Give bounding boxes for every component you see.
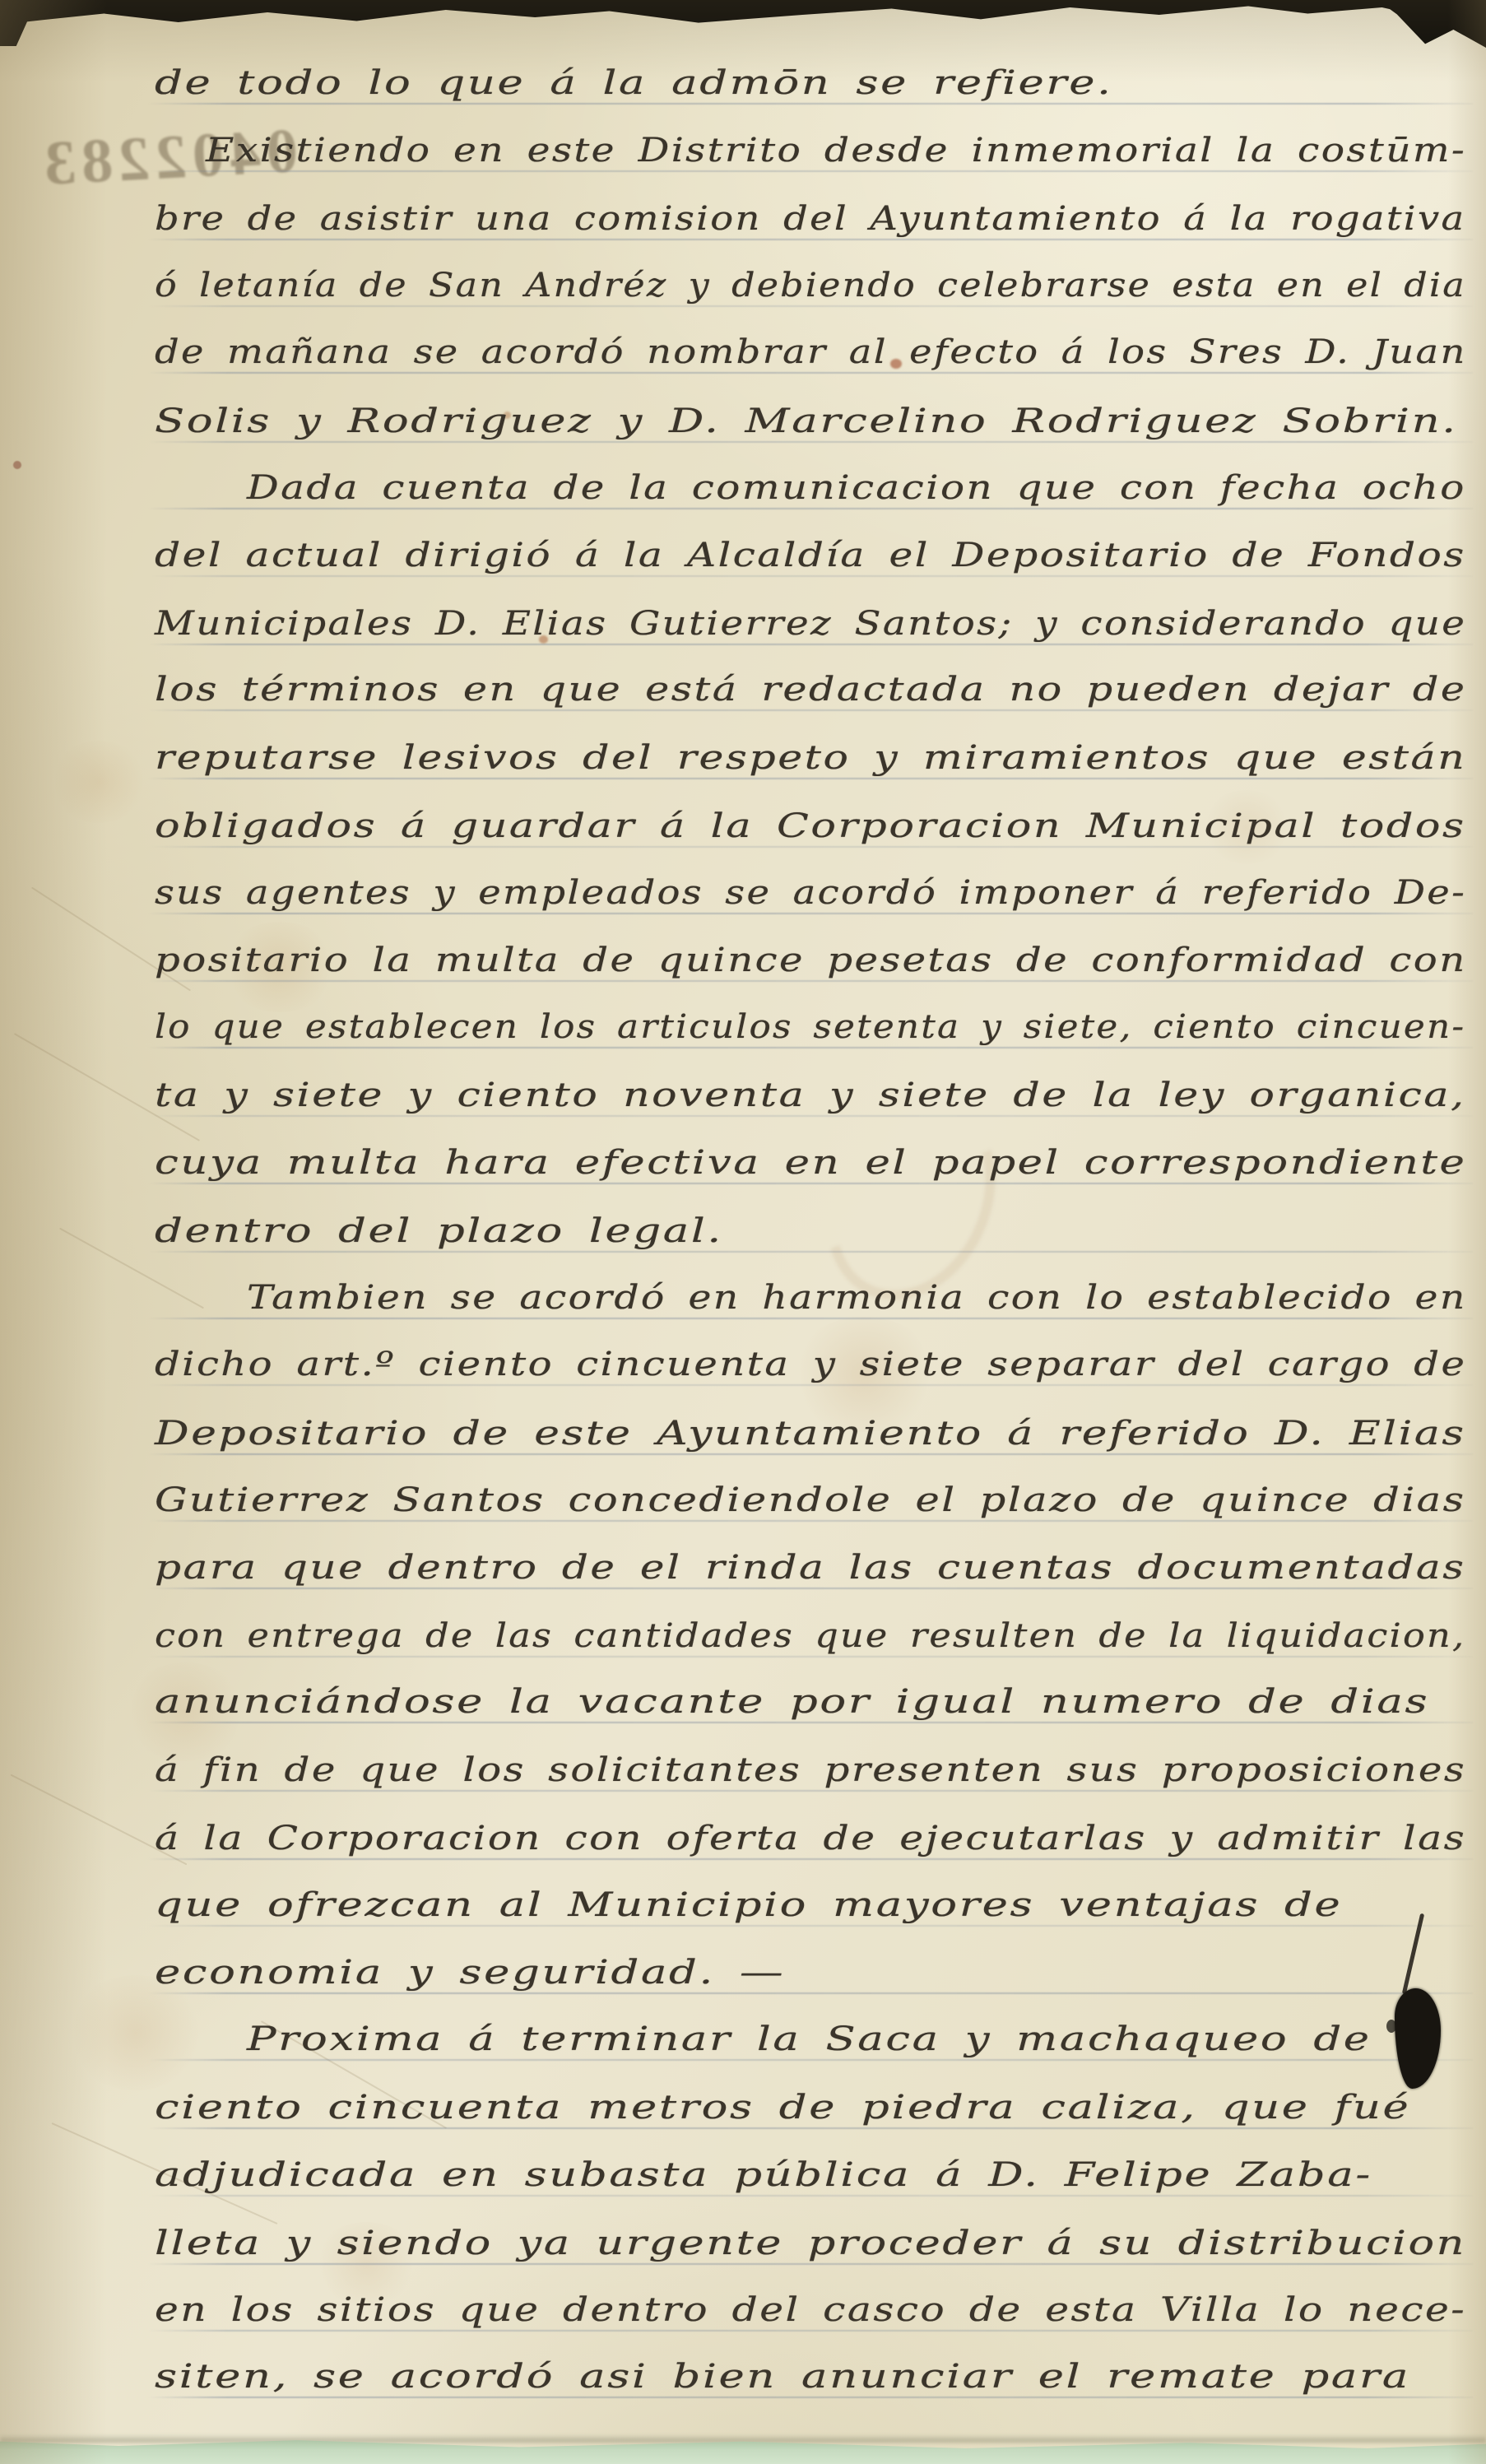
text-line: Solis y Rodriguez y D. Marcelino Rodrigu… xyxy=(155,379,1474,447)
text-line-content: Dada cuenta de la comunicacion que con f… xyxy=(247,469,1466,514)
text-line-content: de mañana se acordó nombrar al efecto á … xyxy=(155,333,1467,378)
text-line-content: cuya multa hara efectiva en el papel cor… xyxy=(155,1144,1467,1188)
text-line-content: ciento cincuenta metros de piedra caliza… xyxy=(155,2089,1410,2133)
text-line: sus agentes y empleados se acordó impone… xyxy=(155,851,1474,918)
text-line-content: lo que establecen los articulos setenta … xyxy=(155,1008,1465,1053)
text-line: Dada cuenta de la comunicacion que con f… xyxy=(155,446,1474,514)
text-line-content: adjudicada en subasta pública á D. Felip… xyxy=(155,2156,1372,2201)
text-line-content: siten, se acordó asi bien anunciar el re… xyxy=(155,2358,1410,2402)
text-line: obligados á guardar á la Corporacion Mun… xyxy=(155,784,1474,852)
manuscript-page: 0402283 de todo lo que á la admōn se ref… xyxy=(0,0,1486,2464)
text-line: de mañana se acordó nombrar al efecto á … xyxy=(155,310,1474,378)
text-line: Gutierrez Santos concediendole el plazo … xyxy=(155,1458,1474,1526)
text-line: Depositario de este Ayuntamiento á refer… xyxy=(155,1392,1474,1459)
text-line-content: Tambien se acordó en harmonia con lo est… xyxy=(247,1279,1467,1323)
text-line: dentro del plazo legal. xyxy=(155,1189,1474,1257)
text-line-content: sus agentes y empleados se acordó impone… xyxy=(155,874,1466,918)
text-line: ta y siete y ciento noventa y siete de l… xyxy=(155,1053,1474,1121)
text-line-content: Depositario de este Ayuntamiento á refer… xyxy=(155,1415,1466,1459)
text-line-content: Solis y Rodriguez y D. Marcelino Rodrigu… xyxy=(155,402,1458,447)
text-line: adjudicada en subasta pública á D. Felip… xyxy=(155,2133,1474,2201)
paper-vignette xyxy=(0,0,1486,82)
text-line: con entrega de las cantidades que result… xyxy=(155,1594,1474,1662)
text-line: cuya multa hara efectiva en el papel cor… xyxy=(155,1121,1474,1188)
text-line-content: dicho art.º ciento cincuenta y siete sep… xyxy=(155,1346,1466,1390)
text-line-content: Municipales D. Elias Gutierrez Santos; y… xyxy=(155,605,1466,649)
text-line-content: positario la multa de quince pesetas de … xyxy=(155,941,1467,986)
text-line: á la Corporacion con oferta de ejecutarl… xyxy=(155,1797,1474,1864)
text-line-content: economia y seguridad. — xyxy=(155,1954,785,1998)
text-line: dicho art.º ciento cincuenta y siete sep… xyxy=(155,1323,1474,1390)
text-line-content: ta y siete y ciento noventa y siete de l… xyxy=(155,1076,1466,1121)
text-line: anunciándose la vacante por igual numero… xyxy=(155,1660,1474,1727)
text-line-content: con entrega de las cantidades que result… xyxy=(155,1617,1465,1662)
text-line-content: para que dentro de el rinda las cuentas … xyxy=(155,1549,1465,1593)
paper-vignette xyxy=(1448,0,1486,2464)
text-line: del actual dirigió á la Alcaldía el Depo… xyxy=(155,514,1474,581)
text-line: los términos en que está redactada no pu… xyxy=(155,648,1474,715)
text-line: Municipales D. Elias Gutierrez Santos; y… xyxy=(155,582,1474,649)
text-line: lo que establecen los articulos setenta … xyxy=(155,985,1474,1053)
text-line-content: anunciándose la vacante por igual numero… xyxy=(155,1683,1429,1727)
text-line-content: reputarse lesivos del respeto y miramien… xyxy=(155,739,1466,783)
text-layer: de todo lo que á la admōn se refiere. Ex… xyxy=(155,41,1474,2403)
text-line: Proxima á terminar la Saca y machaqueo d… xyxy=(155,1997,1474,2065)
paper-vignette xyxy=(0,0,107,2464)
text-line-content: Existiendo en este Distrito desde inmemo… xyxy=(206,132,1466,176)
text-line: siten, se acordó asi bien anunciar el re… xyxy=(155,2335,1474,2402)
text-line-content: á fin de que los solicitantes presenten … xyxy=(155,1751,1466,1796)
text-line: ó letanía de San Andréz y debiendo celeb… xyxy=(155,244,1474,311)
text-line: para que dentro de el rinda las cuentas … xyxy=(155,1526,1474,1593)
text-line-content: en los sitios que dentro del casco de es… xyxy=(155,2291,1466,2336)
text-line: en los sitios que dentro del casco de es… xyxy=(155,2268,1474,2336)
text-line-content: Proxima á terminar la Saca y machaqueo d… xyxy=(247,2020,1372,2065)
text-line: Existiendo en este Distrito desde inmemo… xyxy=(155,109,1474,176)
text-line-content: bre de asistir una comision del Ayuntami… xyxy=(155,200,1465,244)
text-line: bre de asistir una comision del Ayuntami… xyxy=(155,177,1474,244)
text-line: Tambien se acordó en harmonia con lo est… xyxy=(155,1256,1474,1323)
text-line-content: los términos en que está redactada no pu… xyxy=(155,671,1466,715)
text-line-content: ó letanía de San Andréz y debiendo celeb… xyxy=(155,267,1466,311)
text-line: lleta y siendo ya urgente proceder á su … xyxy=(155,2201,1474,2269)
text-line-content: del actual dirigió á la Alcaldía el Depo… xyxy=(155,537,1466,581)
text-line: á fin de que los solicitantes presenten … xyxy=(155,1728,1474,1796)
text-line-content: Gutierrez Santos concediendole el plazo … xyxy=(155,1481,1465,1526)
page-bottom-shadow xyxy=(0,2434,1486,2443)
text-line-content: lleta y siendo ya urgente proceder á su … xyxy=(155,2225,1466,2269)
text-line-content: á la Corporacion con oferta de ejecutarl… xyxy=(155,1820,1466,1864)
text-line: positario la multa de quince pesetas de … xyxy=(155,918,1474,986)
text-line: economia y seguridad. — xyxy=(155,1931,1474,1998)
text-line-content: obligados á guardar á la Corporacion Mun… xyxy=(155,807,1466,852)
text-line: ciento cincuenta metros de piedra caliza… xyxy=(155,2066,1474,2133)
text-line: reputarse lesivos del respeto y miramien… xyxy=(155,716,1474,783)
text-line-content: que ofrezcan al Municipio mayores ventaj… xyxy=(155,1886,1342,1931)
text-line: que ofrezcan al Municipio mayores ventaj… xyxy=(155,1863,1474,1931)
text-line-content: dentro del plazo legal. xyxy=(155,1212,723,1257)
